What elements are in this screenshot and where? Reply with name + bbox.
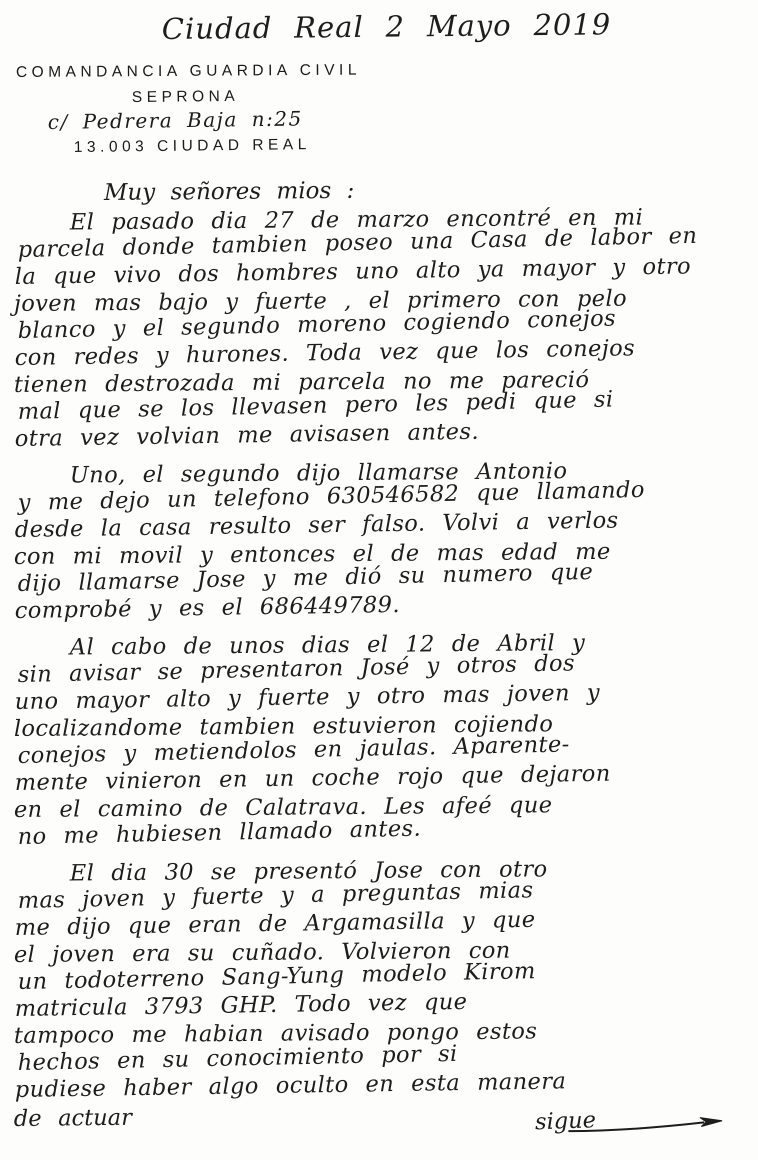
paragraph-4: El dia 30 se presentó Jose con otro mas … [14,861,744,1104]
salutation: Muy señores mios : [104,174,744,206]
paragraph-2: Uno, el segundo dijo llamarse Antonio y … [14,463,744,625]
paragraph-3: Al cabo de unos dias el 12 de Abril y si… [14,635,744,851]
closing-line: de actuar [14,1105,132,1133]
paragraph-1: El pasado dia 27 de marzo encontré en mi… [14,210,744,453]
date-line: Ciudad Real 2 Mayo 2019 [162,6,744,46]
closing-row: de actuar sigue [14,1106,744,1133]
handwritten-letter-page: Ciudad Real 2 Mayo 2019 COMANDANCIA GUAR… [0,0,758,1160]
continuation-note: sigue [535,1103,727,1136]
recipient-address: COMANDANCIA GUARDIA CIVIL SEPRONA c/ Ped… [14,60,744,160]
